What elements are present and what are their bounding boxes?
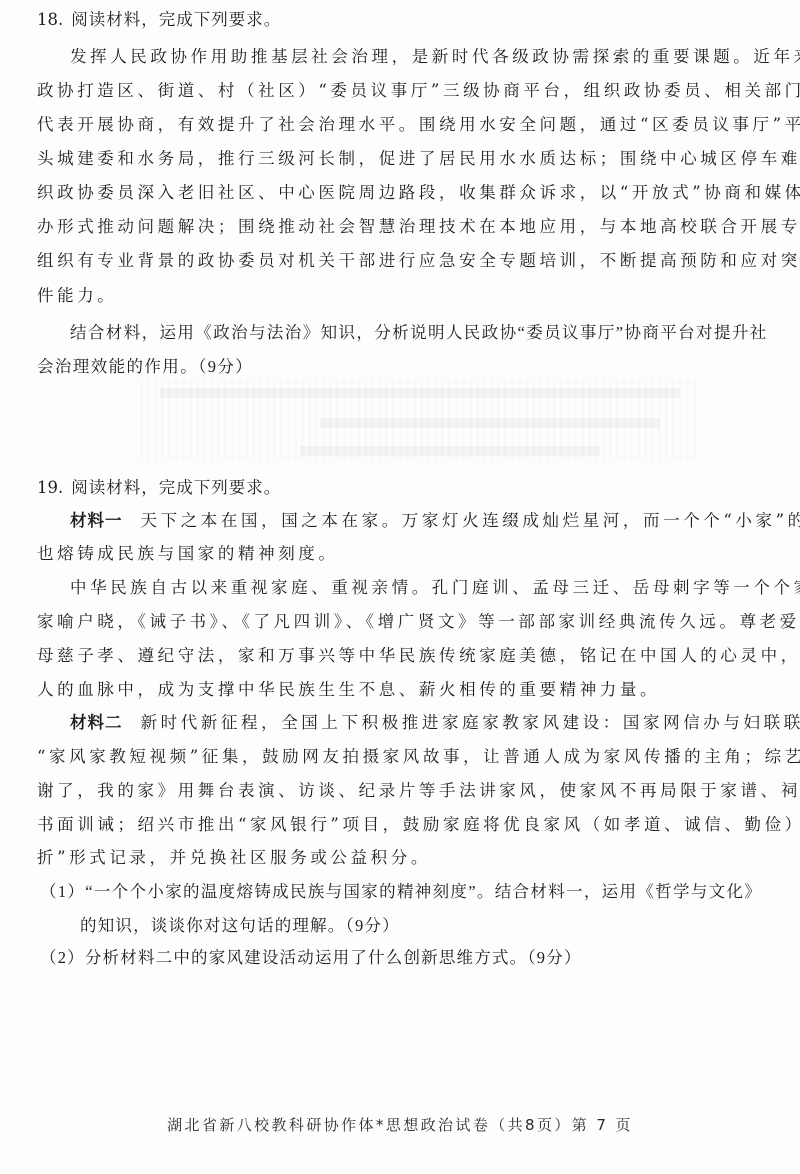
q18-number: 18. [37, 10, 63, 29]
material1-line: 也熔铸成民族与国家的精神刻度。 [37, 542, 759, 566]
material2-line: 书面训诫；绍兴市推出“家风银行”项目，鼓励家庭将优良家风（如孝道、诚信、勤俭）以… [37, 813, 759, 837]
q18-para-line: 政协打造区、街道、村（社区）“委员议事厅”三级协商平台，组织政协委员、相关部门和… [37, 79, 759, 103]
q18-para-line: 织政协委员深入老旧社区、中心医院周边路段，收集群众诉求，以“开放式”协商和媒体跟… [37, 181, 759, 205]
q18-para-line: 办形式推动问题解决；围绕推动社会智慧治理技术在本地应用，与本地高校联合开展专题调… [37, 215, 759, 239]
q18-para-line: 组织有专业背景的政协委员对机关干部进行应急安全专题培训，不断提高预防和应对突发公… [37, 249, 759, 273]
q18-header-text: 阅读材料，完成下列要求。 [71, 10, 281, 29]
material1-line: 家喻户晓，《诫子书》、《了凡四训》、《增广贤文》等一部部家训经典流传久远。尊老爱… [37, 610, 759, 634]
q19-header: 19.阅读材料，完成下列要求。 [37, 476, 759, 500]
material1-first-line: 材料一天下之本在国，国之本在家。万家灯火连缀成灿烂星河，而一个个“小家”的温度 [70, 509, 759, 533]
q18-header: 18.阅读材料，完成下列要求。 [37, 8, 759, 32]
material1-line: 人的血脉中，成为支撑中华民族生生不息、薪火相传的重要精神力量。 [37, 678, 759, 702]
material2-text: 新时代新征程，全国上下积极推进家庭家教家风建设：国家网信办与妇联联合开展 [141, 713, 800, 732]
material1-text: 天下之本在国，国之本在家。万家灯火连缀成灿烂星河，而一个个“小家”的温度 [141, 511, 800, 530]
q18-para-line: 代表开展协商，有效提升了社会治理水平。围绕用水安全问题，通过“区委员议事厅”平台… [37, 113, 759, 137]
bleed-through-noise [140, 380, 700, 460]
q18-para-line: 发挥人民政协作用助推基层社会治理，是新时代各级政协需探索的重要课题。近年来，M市 [70, 45, 759, 69]
subquestion-2-line: （2）分析材料二中的家风建设活动运用了什么创新思维方式。（9分） [40, 946, 762, 970]
q18-para-line: 件能力。 [37, 284, 759, 308]
subquestion-1-line: 的知识，谈谈你对这句话的理解。（9分） [80, 914, 760, 938]
q19-header-text: 阅读材料，完成下列要求。 [71, 478, 281, 497]
material1-line: 母慈子孝、遵纪守法，家和万事兴等中华民族传统家庭美德，铭记在中国人的心灵中，融入… [37, 644, 759, 668]
page-footer: 湖北省新八校教科研协作体*思想政治试卷（共8页）第 7 页 [0, 1114, 800, 1135]
material2-line: 谢了，我的家》用舞台表演、访谈、纪录片等手法讲家风，使家风不再局限于家谱、祠堂匾… [37, 779, 759, 803]
material2-line: “家风家教短视频”征集，鼓励网友拍摄家风故事，让普通人成为家风传播的主角；综艺节… [37, 745, 759, 769]
q18-instruction-line: 结合材料，运用《政治与法治》知识，分析说明人民政协“委员议事厅”协商平台对提升社 [70, 321, 759, 345]
material1-label: 材料一 [70, 511, 123, 530]
material1-line: 中华民族自古以来重视家庭、重视亲情。孔门庭训、孟母三迁、岳母刺字等一个个家教故事 [70, 576, 759, 600]
q19-number: 19. [37, 478, 63, 497]
q18-para-line: 头城建委和水务局，推行三级河长制，促进了居民用水水质达标；围绕中心城区停车难问题… [37, 147, 759, 171]
material2-first-line: 材料二新时代新征程，全国上下积极推进家庭家教家风建设：国家网信办与妇联联合开展 [70, 711, 759, 735]
material2-label: 材料二 [70, 713, 123, 732]
q18-instruction-line: 会治理效能的作用。（9分） [37, 355, 759, 379]
subquestion-1-line: （1）“一个个小家的温度熔铸成民族与国家的精神刻度”。结合材料一，运用《哲学与文… [40, 880, 762, 904]
material2-line: 折”形式记录，并兑换社区服务或公益积分。 [37, 846, 759, 870]
exam-page: 18.阅读材料，完成下列要求。 发挥人民政协作用助推基层社会治理，是新时代各级政… [0, 0, 800, 1174]
